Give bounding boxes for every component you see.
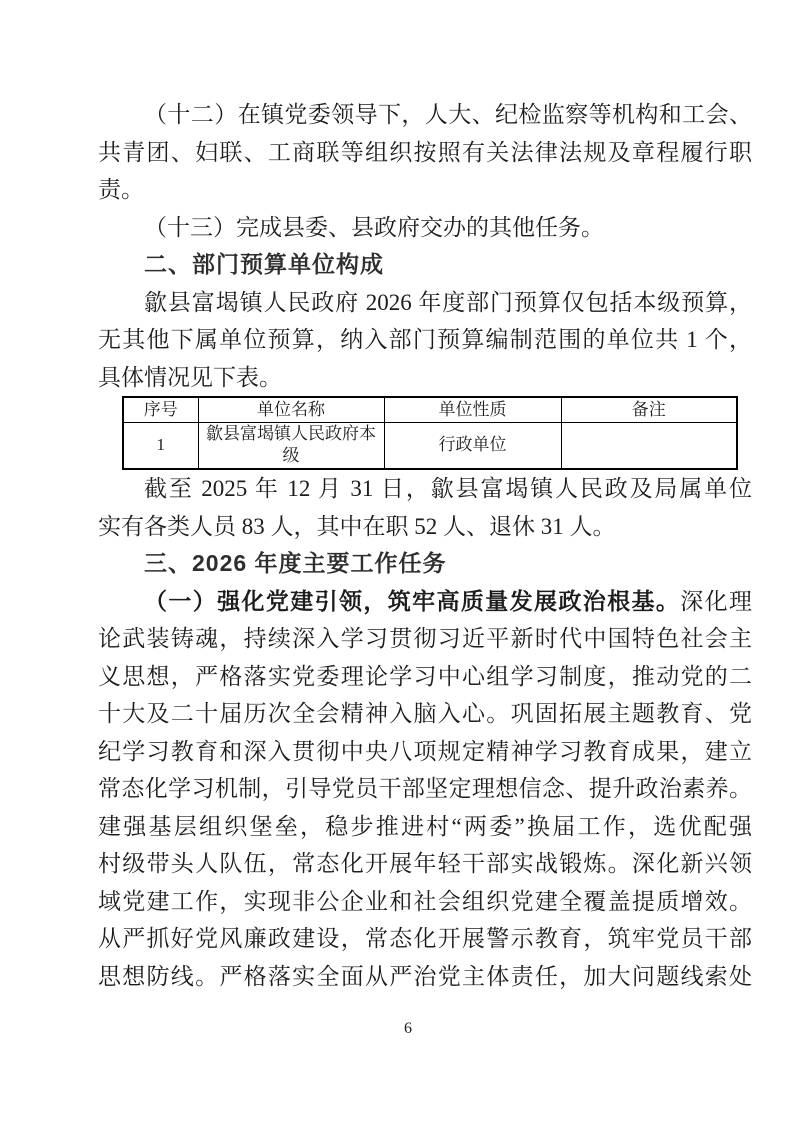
body-line: 思想防线。严格落实全面从严治党主体责任，加大问题线索处: [98, 958, 752, 996]
table-header-unit-name: 单位名称: [198, 397, 384, 422]
paragraph-lead-rest: 深化理: [680, 589, 752, 614]
body-line: 常态化学习机制，引导党员干部坚定理想信念、提升政治素养。: [98, 770, 752, 808]
body-line: （十三）完成县委、县政府交办的其他任务。: [98, 209, 752, 247]
table-row: 1 歙县富堨镇人民政府本级 行政单位: [123, 422, 737, 469]
section-heading-2: 二、部门预算单位构成: [98, 246, 752, 284]
body-line: 具体情况见下表。: [98, 359, 752, 397]
body-line: 义思想，严格落实党委理论学习中心组学习制度，推动党的二: [98, 658, 752, 696]
document-page: （十二）在镇党委领导下，人大、纪检监察等机构和工会、 共青团、妇联、工商联等组织…: [0, 0, 793, 1122]
body-line: 责。: [98, 171, 752, 209]
table-header-note: 备注: [561, 397, 737, 422]
table-header-unit-type: 单位性质: [384, 397, 561, 422]
body-line: 共青团、妇联、工商联等组织按照有关法律法规及章程履行职: [98, 134, 752, 172]
section-heading-3: 三、2026 年度主要工作任务: [98, 545, 752, 583]
body-line: （十二）在镇党委领导下，人大、纪检监察等机构和工会、: [98, 96, 752, 134]
body-line: 论武装铸魂，持续深入学习贯彻习近平新时代中国特色社会主: [98, 620, 752, 658]
body-line: 歙县富堨镇人民政府 2026 年度部门预算仅包括本级预算，: [98, 284, 752, 322]
units-table: 序号 单位名称 单位性质 备注 1 歙县富堨镇人民政府本级 行政单位: [122, 396, 738, 470]
body-line: 纪学习教育和深入贯彻中央八项规定精神学习教育成果，建立: [98, 733, 752, 771]
body-line: 域党建工作，实现非公企业和社会组织党建全覆盖提质增效。: [98, 883, 752, 921]
content-column: （十二）在镇党委领导下，人大、纪检监察等机构和工会、 共青团、妇联、工商联等组织…: [98, 96, 752, 995]
cell-note: [561, 422, 737, 469]
body-line: 十大及二十届历次全会精神入脑入心。巩固拓展主题教育、党: [98, 695, 752, 733]
cell-unit-type: 行政单位: [384, 422, 561, 469]
body-line: 村级带头人队伍，常态化开展年轻干部实战锻炼。深化新兴领: [98, 845, 752, 883]
table-header-seq: 序号: [123, 397, 198, 422]
body-line: 从严抓好党风廉政建设，常态化开展警示教育，筑牢党员干部: [98, 920, 752, 958]
paragraph-bold-lead: （一）强化党建引领，筑牢高质量发展政治根基。: [144, 589, 680, 614]
cell-unit-name: 歙县富堨镇人民政府本级: [198, 422, 384, 469]
body-line: 截至 2025 年 12 月 31 日，歙县富堨镇人民政及局属单位: [98, 470, 752, 508]
body-line: 建强基层组织堡垒，稳步推进村“两委”换届工作，选优配强: [98, 808, 752, 846]
table-header-row: 序号 单位名称 单位性质 备注: [123, 397, 737, 422]
body-line: 实有各类人员 83 人，其中在职 52 人、退休 31 人。: [98, 508, 752, 546]
body-line: （一）强化党建引领，筑牢高质量发展政治根基。深化理: [98, 583, 752, 621]
units-table-wrap: 序号 单位名称 单位性质 备注 1 歙县富堨镇人民政府本级 行政单位: [122, 396, 752, 470]
cell-seq: 1: [123, 422, 198, 469]
page-number: 6: [404, 1020, 412, 1038]
body-line: 无其他下属单位预算，纳入部门预算编制范围的单位共 1 个，: [98, 321, 752, 359]
